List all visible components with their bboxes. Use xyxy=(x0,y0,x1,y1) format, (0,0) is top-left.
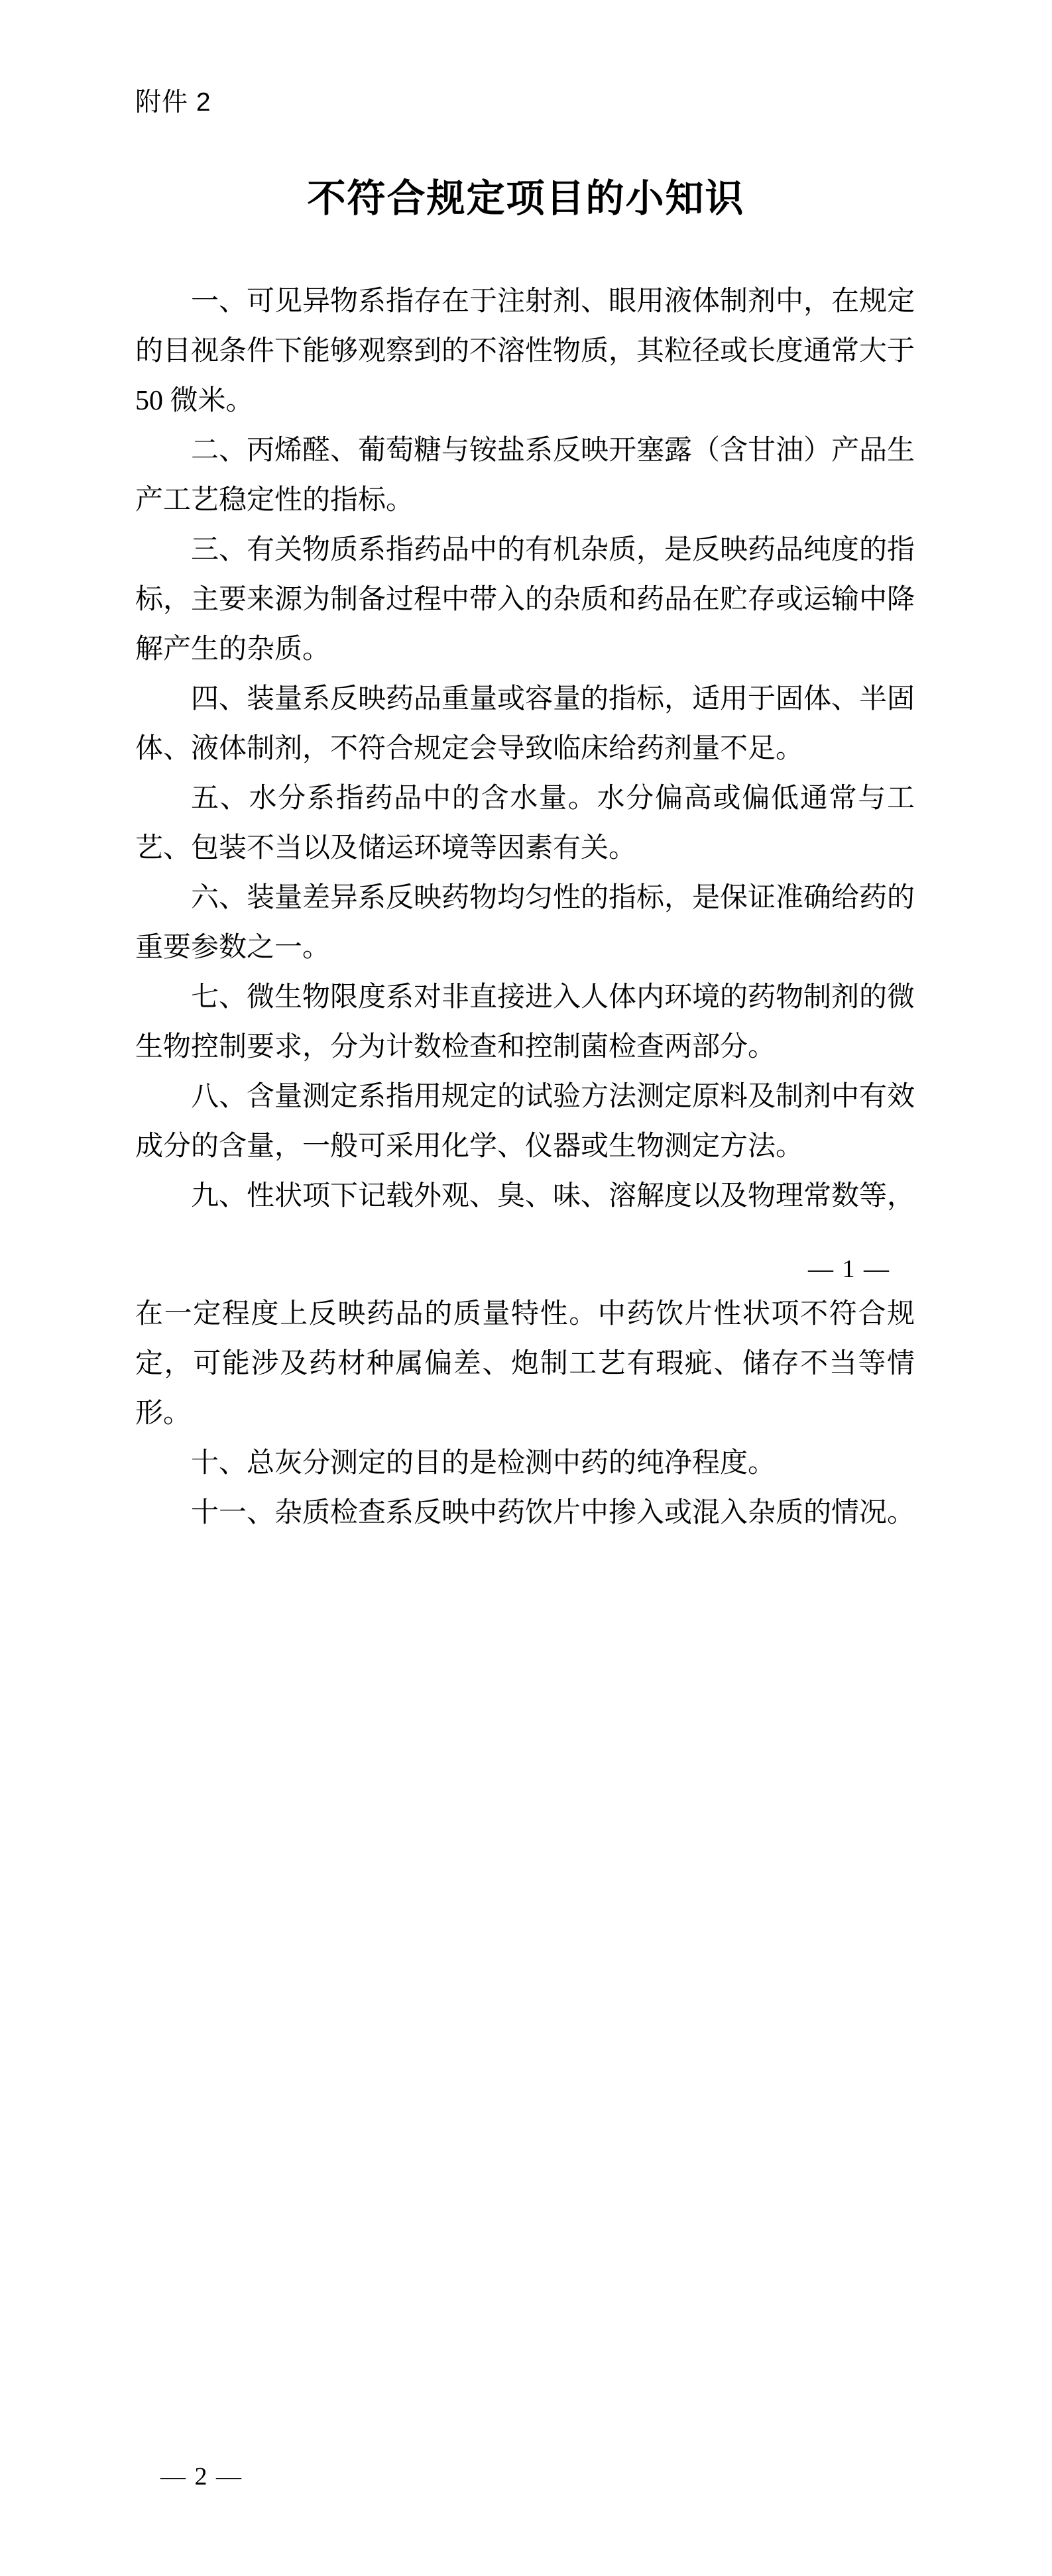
document-page: 附件 2 不符合规定项目的小知识 一、可见异物系指存在于注射剂、眼用液体制剂中，… xyxy=(0,0,1052,2576)
document-title: 不符合规定项目的小知识 xyxy=(0,178,1052,220)
paragraph-6: 六、装量差异系反映药物均匀性的指标，是保证准确给药的重要参数之一。 xyxy=(135,873,915,973)
paragraph-3: 三、有关物质系指药品中的有机杂质，是反映药品纯度的指标，主要来源为制备过程中带入… xyxy=(135,526,915,675)
page1-body: 一、可见异物系指存在于注射剂、眼用液体制剂中，在规定的目视条件下能够观察到的不溶… xyxy=(135,277,915,1221)
page-number-1: — 1 — xyxy=(808,1255,890,1284)
paragraph-8: 八、含量测定系指用规定的试验方法测定原料及制剂中有效成分的含量，一般可采用化学、… xyxy=(135,1072,915,1172)
paragraph-9-part2: 在一定程度上反映药品的质量特性。中药饮片性状项不符合规定，可能涉及药材种属偏差、… xyxy=(135,1290,915,1439)
paragraph-5: 五、水分系指药品中的含水量。水分偏高或偏低通常与工艺、包装不当以及储运环境等因素… xyxy=(135,774,915,873)
paragraph-9-part1: 九、性状项下记载外观、臭、味、溶解度以及物理常数等， xyxy=(135,1172,915,1221)
page-number-2: — 2 — xyxy=(160,2462,243,2491)
paragraph-11: 十一、杂质检查系反映中药饮片中掺入或混入杂质的情况。 xyxy=(135,1488,915,1538)
paragraph-2: 二、丙烯醛、葡萄糖与铵盐系反映开塞露（含甘油）产品生产工艺稳定性的指标。 xyxy=(135,426,915,526)
paragraph-10: 十、总灰分测定的目的是检测中药的纯净程度。 xyxy=(135,1439,915,1488)
attachment-label: 附件 2 xyxy=(135,88,211,117)
paragraph-7: 七、微生物限度系对非直接进入人体内环境的药物制剂的微生物控制要求，分为计数检查和… xyxy=(135,973,915,1072)
paragraph-1: 一、可见异物系指存在于注射剂、眼用液体制剂中，在规定的目视条件下能够观察到的不溶… xyxy=(135,277,915,426)
paragraph-4: 四、装量系反映药品重量或容量的指标，适用于固体、半固体、液体制剂，不符合规定会导… xyxy=(135,675,915,774)
page2-body: 在一定程度上反映药品的质量特性。中药饮片性状项不符合规定，可能涉及药材种属偏差、… xyxy=(135,1290,915,1538)
